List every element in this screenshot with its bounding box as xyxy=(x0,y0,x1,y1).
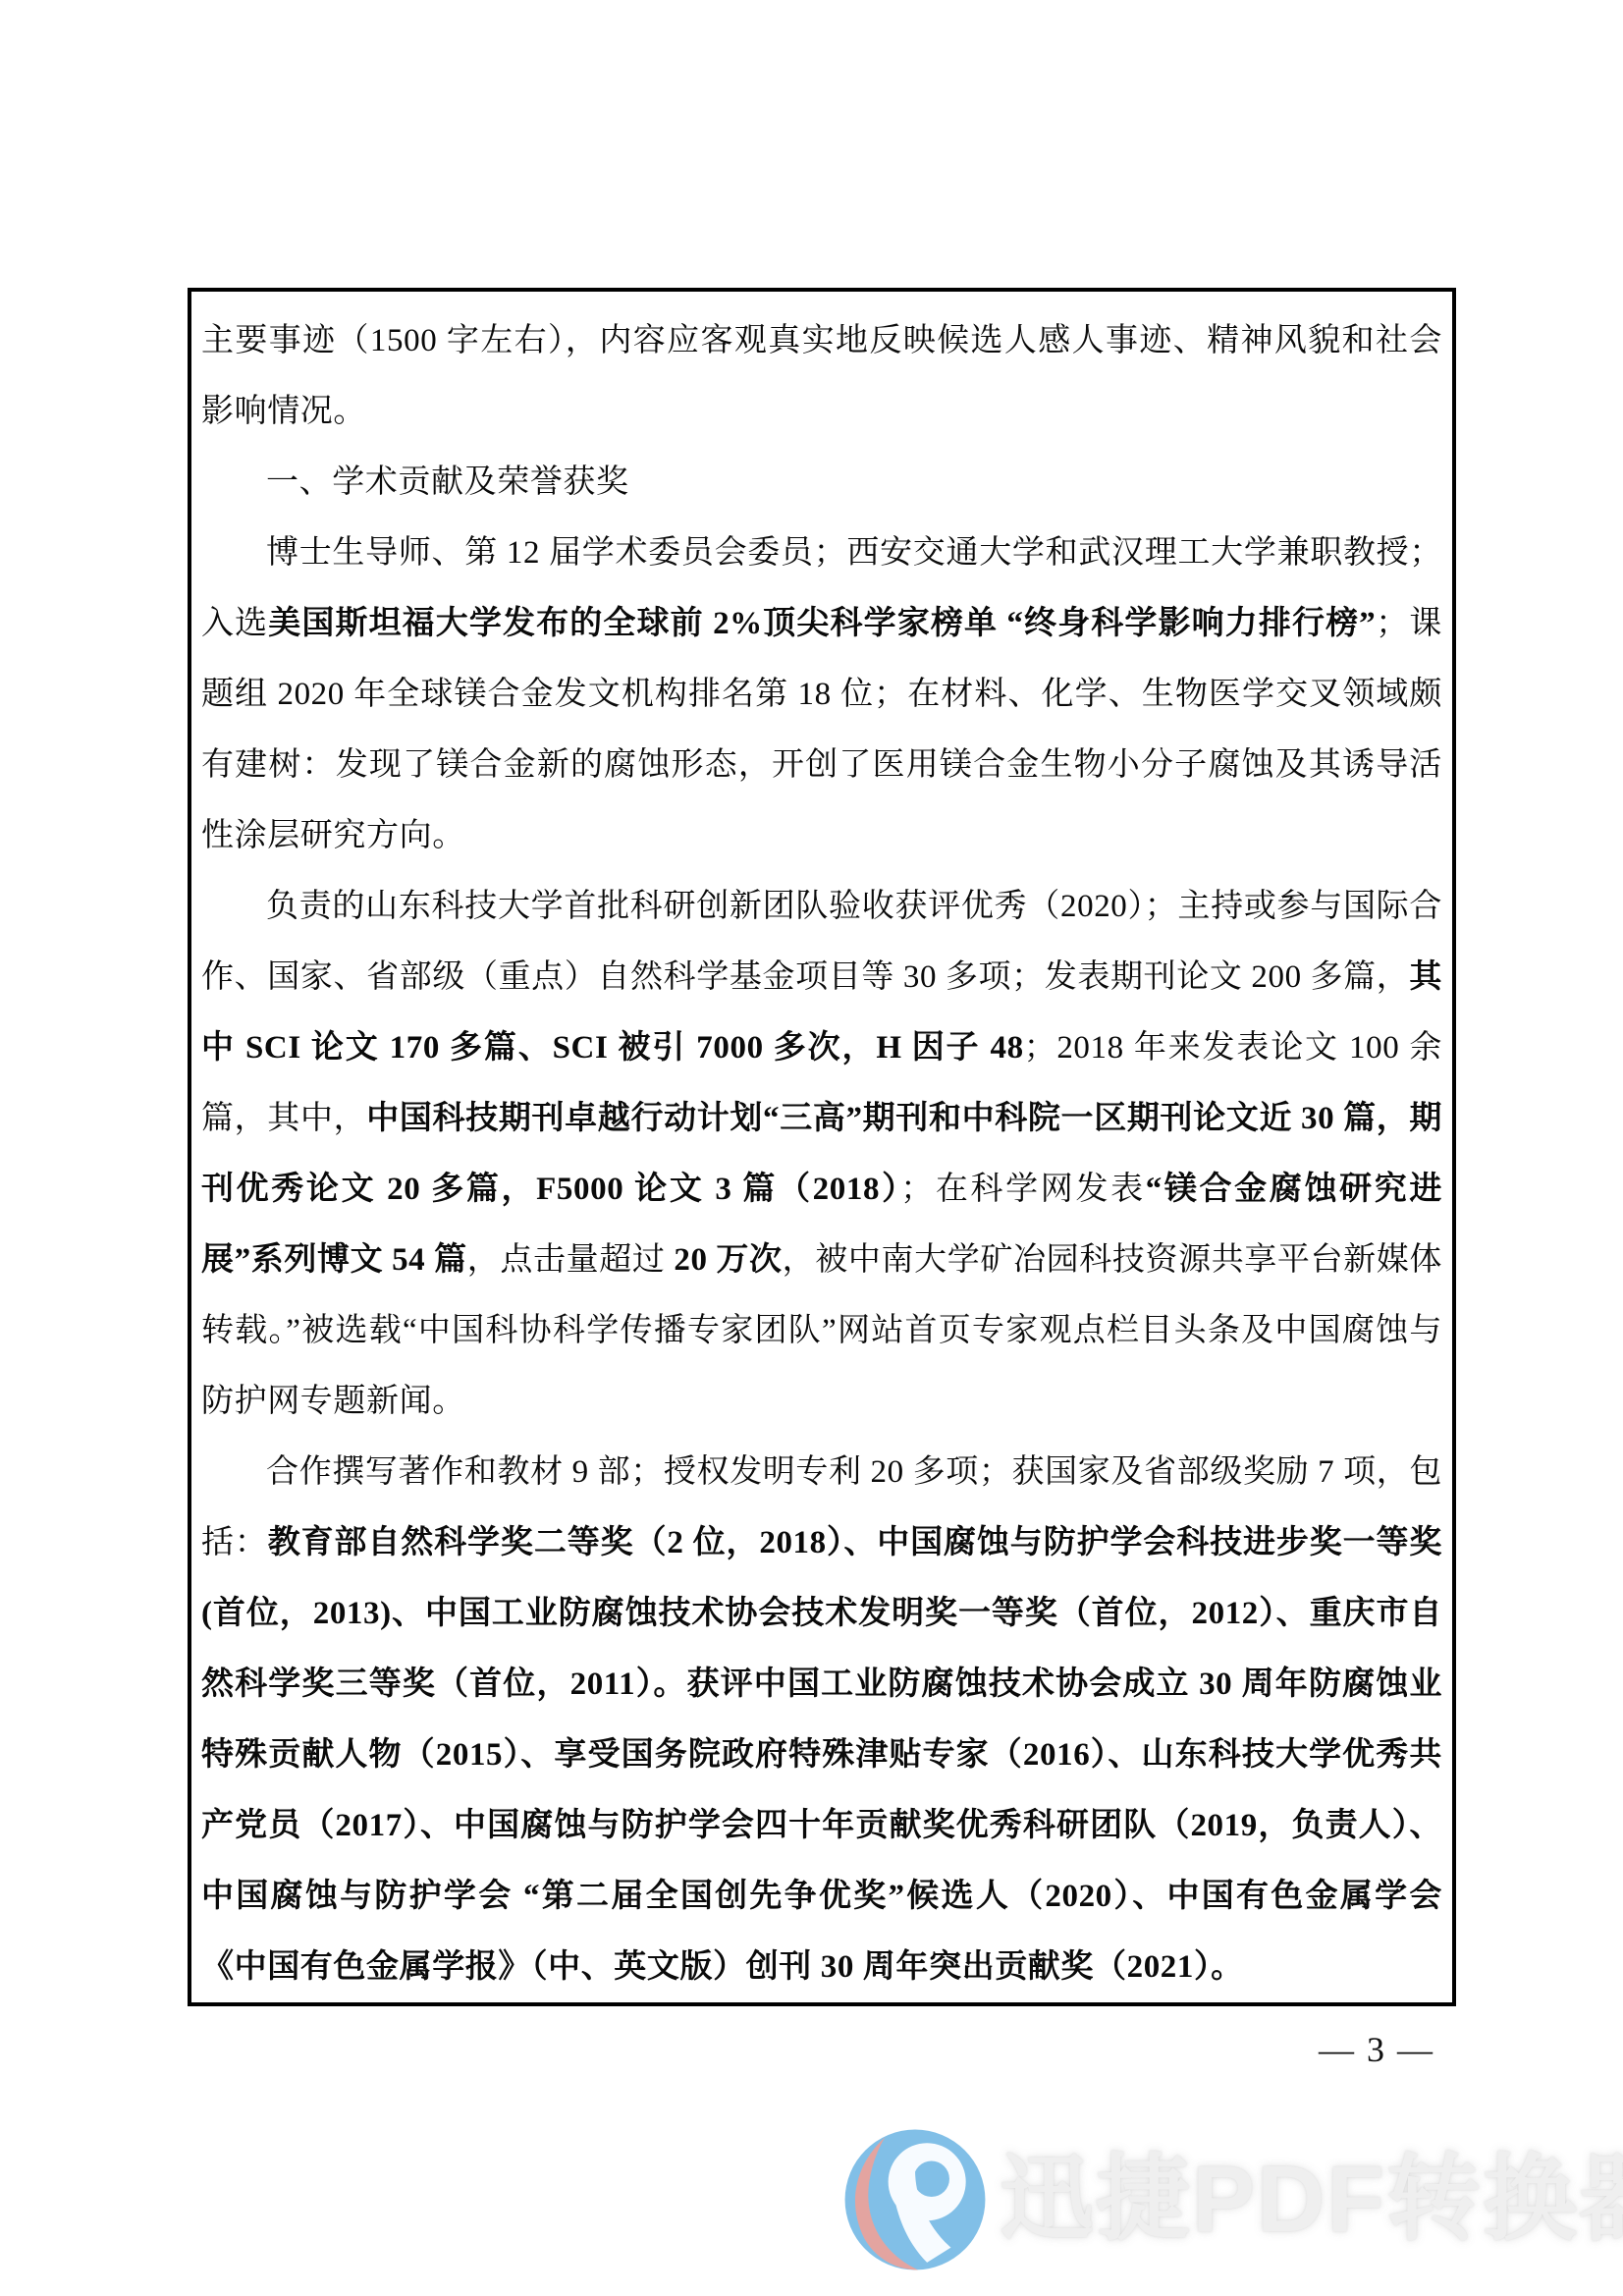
paragraph-titles: 博士生导师、第 12 届学术委员会委员；西安交通大学和武汉理工大学兼职教授；入选… xyxy=(201,518,1442,871)
content-box: 主要事迹（1500 字左右），内容应客观真实地反映候选人感人事迹、精神风貌和社会… xyxy=(188,288,1456,2006)
text-run: 负责的山东科技大学首批科研创新团队验收获评优秀（2020）；主持或参与国际合作、… xyxy=(201,889,1442,995)
text-run: 教育部自然科学奖二等奖（2 位，2018）、中国腐蚀与防护学会科技进步奖一等奖(… xyxy=(201,1525,1442,1985)
section-heading: 一、学术贡献及荣誉获奖 xyxy=(201,447,1442,518)
text-run: 美国斯坦福大学发布的全球前 2%顶尖科学家榜单 “终身科学影响力排行榜” xyxy=(268,606,1376,641)
watermark: 迅捷PDF转换器 xyxy=(840,2125,1623,2274)
paragraph-intro: 主要事迹（1500 字左右），内容应客观真实地反映候选人感人事迹、精神风貌和社会… xyxy=(201,305,1442,447)
text-run: ，点击量超过 xyxy=(467,1242,675,1278)
paragraph-research: 负责的山东科技大学首批科研创新团队验收获评优秀（2020）；主持或参与国际合作、… xyxy=(201,871,1442,1437)
pdf-converter-logo-icon xyxy=(840,2125,990,2274)
text-run: ；在科学网发表 xyxy=(900,1172,1146,1207)
page-number: — 3 — xyxy=(1319,2029,1434,2070)
text-run: 20 万次 xyxy=(674,1242,782,1278)
document-page: 主要事迹（1500 字左右），内容应客观真实地反映候选人感人事迹、精神风貌和社会… xyxy=(0,0,1623,2296)
watermark-label: 迅捷PDF转换器 xyxy=(1000,2125,1623,2274)
paragraph-awards: 合作撰写著作和教材 9 部；授权发明专利 20 多项；获国家及省部级奖励 7 项… xyxy=(201,1437,1442,2002)
text-run: ；课题组 2020 年全球镁合金发文机构排名第 18 位；在材料、化学、生物医学… xyxy=(201,606,1442,853)
text-run: 主要事迹（1500 字左右），内容应客观真实地反映候选人感人事迹、精神风貌和社会… xyxy=(201,323,1442,429)
text-run: 一、学术贡献及荣誉获奖 xyxy=(266,465,629,500)
